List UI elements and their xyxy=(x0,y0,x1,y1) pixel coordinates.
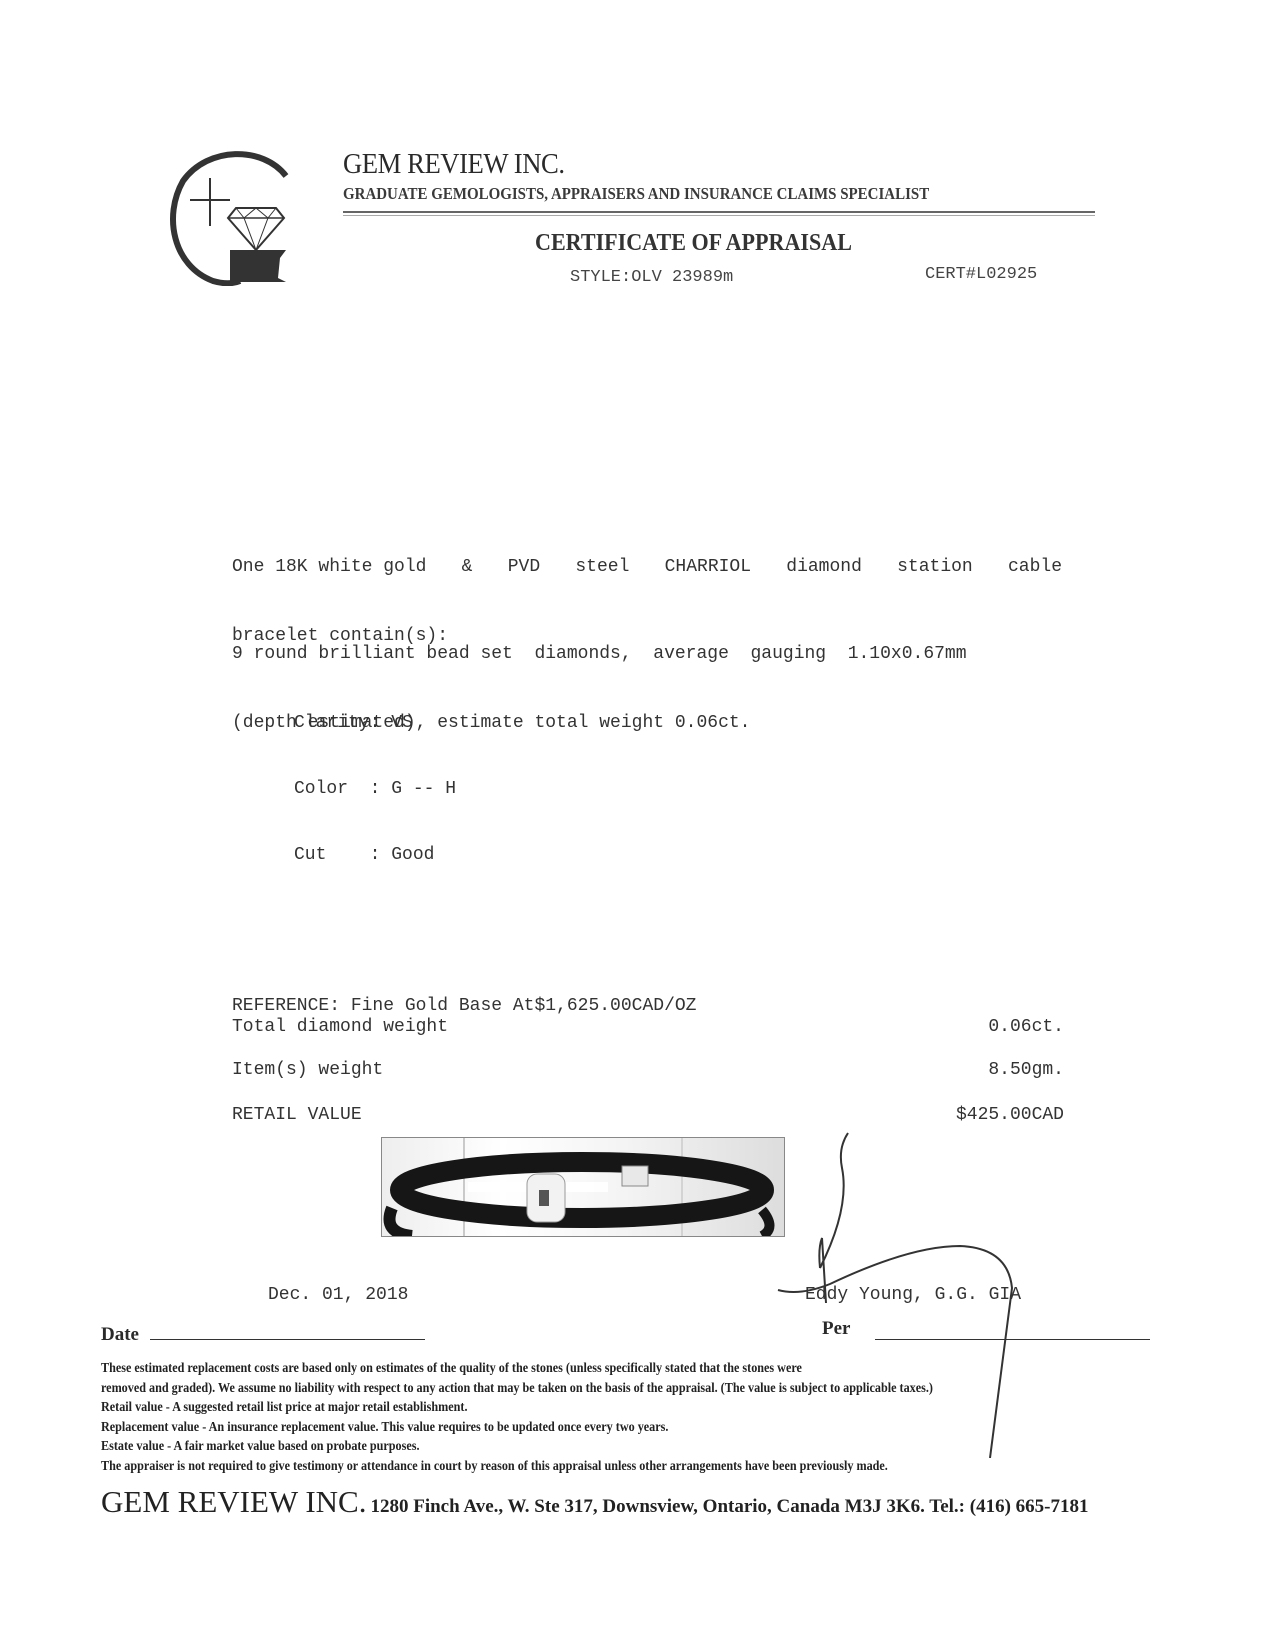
gem-review-logo-icon xyxy=(168,146,298,286)
grading: Clarity: VS Color : G -- H Cut : Good xyxy=(294,668,456,888)
footer-address: 1280 Finch Ave., W. Ste 317, Downsview, … xyxy=(370,1496,1088,1517)
footer-company: GEM REVIEW INC. xyxy=(101,1484,366,1519)
cut-grade: Cut : Good xyxy=(294,844,456,866)
clarity-grade: Clarity: VS xyxy=(294,712,456,734)
gold-reference: REFERENCE: Fine Gold Base At$1,625.00CAD… xyxy=(232,995,696,1018)
retail-value-row: RETAIL VALUE $425.00CAD xyxy=(232,1105,1064,1125)
total-diamond-weight-row: Total diamond weight 0.06ct. xyxy=(232,1017,1064,1037)
bracelet-photo xyxy=(381,1137,785,1237)
certificate-title: CERTIFICATE OF APPRAISAL xyxy=(535,230,852,257)
appraisal-date: Dec. 01, 2018 xyxy=(268,1285,408,1305)
certificate-number: CERT#L02925 xyxy=(925,265,1037,284)
appraiser-name: Eddy Young, G.G. GIA xyxy=(805,1285,1021,1305)
style-number: STYLE:OLV 23989m xyxy=(570,268,733,287)
footer: GEM REVIEW INC. 1280 Finch Ave., W. Ste … xyxy=(101,1484,1088,1520)
date-signature-line xyxy=(150,1339,425,1340)
company-name: GEM REVIEW INC. xyxy=(343,148,565,181)
disclaimer: These estimated replacement costs are ba… xyxy=(101,1358,1191,1475)
item-weight-row: Item(s) weight 8.50gm. xyxy=(232,1060,1064,1080)
bracelet-image-icon xyxy=(382,1138,784,1236)
color-grade: Color : G -- H xyxy=(294,778,456,800)
header-divider-thin xyxy=(343,215,1095,216)
item-description-line1: One 18K white gold & PVD steel CHARRIOL … xyxy=(232,556,1062,579)
per-label: Per xyxy=(822,1318,850,1340)
header-divider xyxy=(343,211,1095,213)
date-label: Date xyxy=(101,1324,139,1346)
per-signature-line xyxy=(875,1339,1150,1340)
company-tagline: GRADUATE GEMOLOGISTS, APPRAISERS AND INS… xyxy=(343,184,929,204)
